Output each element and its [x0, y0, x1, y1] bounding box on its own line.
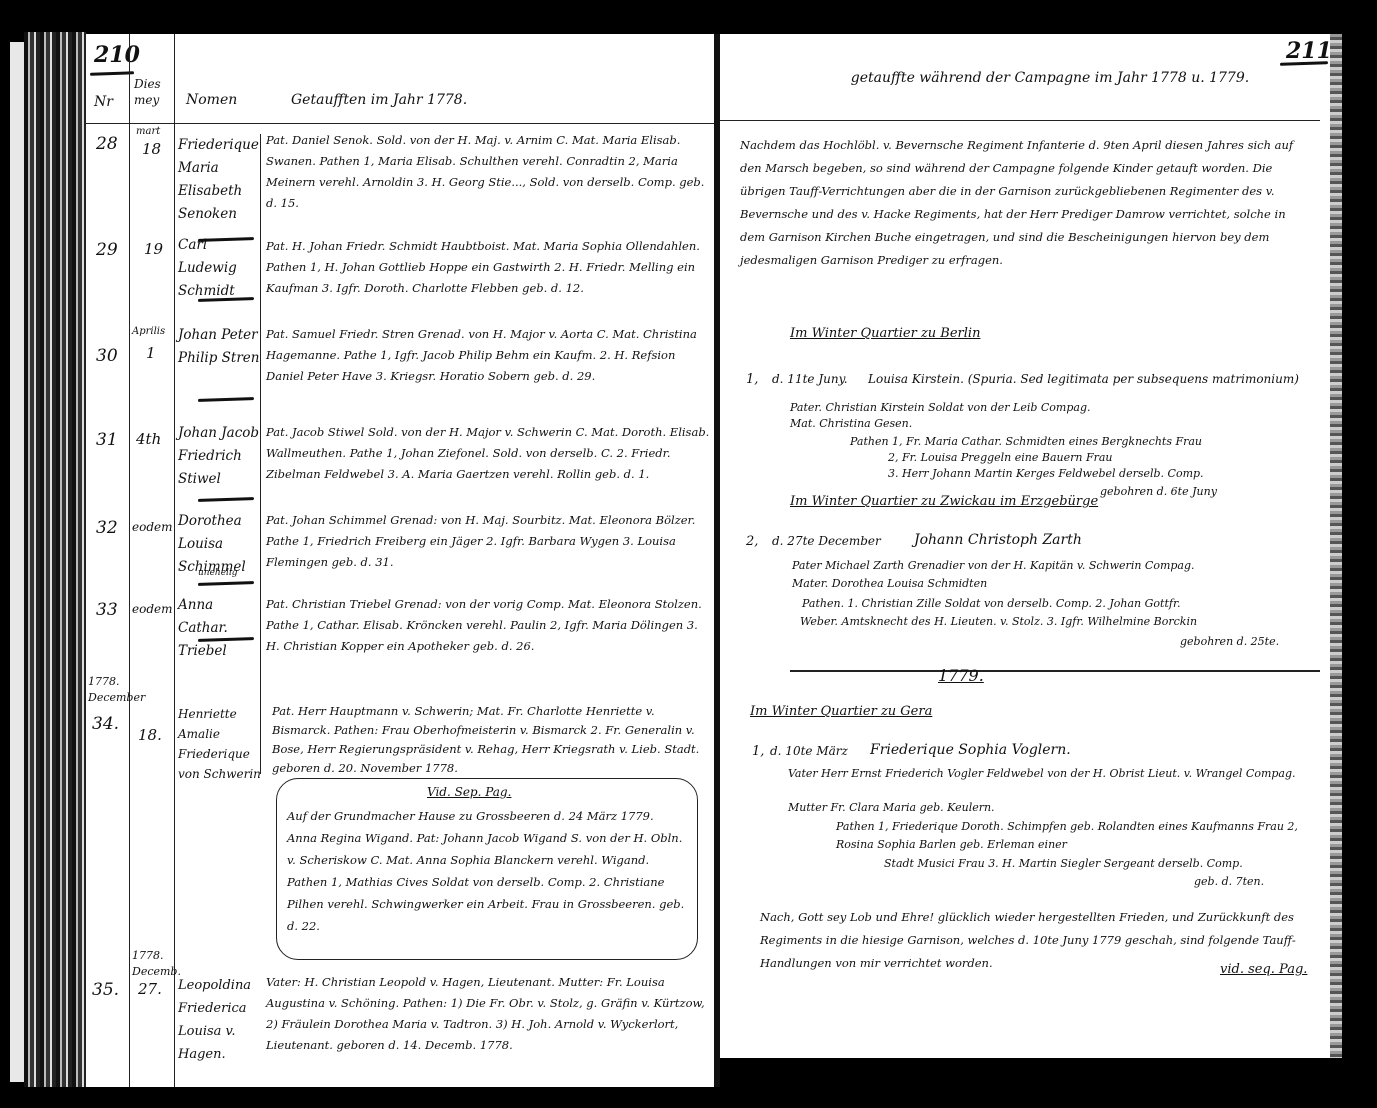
child-name: Friederique Maria Elisabeth Senoken [178, 134, 264, 226]
section-divider [790, 670, 1320, 672]
child-name: Leopoldina Friederica Louisa v. Hagen. [178, 974, 268, 1066]
entry-line: Pathen 1, Fr. Maria Cathar. Schmidten ei… [850, 434, 1202, 450]
entry-line: Mutter Fr. Clara Maria geb. Keulern. [788, 800, 995, 816]
entry-line: Mater. Dorothea Louisa Schmidten [792, 576, 987, 592]
entry-line: Pater. Christian Kirstein Soldat von der… [790, 400, 1091, 416]
entry-number: 1, [752, 744, 764, 759]
entry-month: 1778. December [88, 674, 168, 706]
child-name: Louisa Kirstein. (Spuria. Sed legitimata… [868, 372, 1318, 386]
book-fore-edge [10, 42, 24, 1082]
intro-paragraph: Nachdem das Hochlöbl. v. Bevernsche Regi… [740, 134, 1310, 272]
entry-line: geb. d. 7ten. [1194, 874, 1264, 890]
section-heading: Im Winter Quartier zu Berlin [790, 326, 980, 341]
child-name: Anna Cathar. Triebel [178, 594, 264, 663]
entry-date: d. 11te Juny. [772, 372, 848, 386]
entry-number: 1, [746, 372, 758, 387]
boxed-note-text: Auf der Grundmacher Hause zu Grossbeeren… [287, 805, 685, 937]
page-number-underline [90, 71, 134, 76]
entry-line: gebohren d. 25te. [1180, 634, 1279, 650]
entry-number: 30 [96, 346, 118, 366]
entry-text: Pat. Christian Triebel Grenad: von der v… [266, 594, 714, 657]
child-name: Henriette Amalie Friederique von Schweri… [178, 704, 268, 784]
entry-date: d. 27te December [772, 534, 881, 548]
entry-date: d. 10te März [770, 744, 848, 758]
entry-line: gebohren d. 6te Juny [1100, 484, 1217, 500]
child-name: Johan Peter Philip Stren [178, 324, 264, 370]
entry-day: eodem [132, 602, 173, 616]
entry-line: 2, Fr. Louisa Preggeln eine Bauern Frau [888, 450, 1113, 466]
entry-underline [198, 397, 254, 402]
column-heading-number: Nr [94, 94, 113, 110]
entry-day: 1 [146, 344, 156, 362]
entry-line: Weber. Amtsknecht des H. Lieuten. v. Sto… [800, 614, 1197, 630]
entry-month: Aprilis [132, 326, 165, 337]
entry-text: Pat. H. Johan Friedr. Schmidt Haubtboist… [266, 236, 714, 299]
entry-number: 32 [96, 518, 118, 538]
entry-number: 35. [92, 980, 119, 1000]
entry-text: Vater: H. Christian Leopold v. Hagen, Li… [266, 972, 706, 1056]
section-heading: Im Winter Quartier zu Zwickau im Erzgebü… [790, 494, 1098, 509]
entry-number: 29 [96, 240, 118, 260]
year-heading: 1779. [938, 666, 984, 685]
entry-number: 34. [92, 714, 119, 734]
entry-day: 19 [144, 240, 163, 258]
child-name: Friederique Sophia Voglern. [870, 742, 1071, 758]
header-rule [86, 123, 716, 124]
column-rule [129, 34, 130, 1087]
entry-line: Mat. Christina Gesen. [790, 416, 912, 432]
entry-underline [198, 581, 254, 586]
page-number-left: 210 [94, 42, 140, 68]
entry-text: Pat. Samuel Friedr. Stren Grenad. von H.… [266, 324, 714, 387]
entry-number: 2, [746, 534, 758, 549]
child-name: Johann Christoph Zarth [914, 532, 1082, 548]
entry-day: eodem [132, 520, 173, 534]
column-heading-date: Dies mey [134, 76, 170, 108]
entry-number: 28 [96, 134, 118, 154]
right-page: 211 getauffte während der Campagne im Ja… [720, 34, 1337, 1058]
entry-number: 31 [96, 430, 118, 450]
entry-number: 33 [96, 600, 118, 620]
entry-text: Pat. Herr Hauptmann v. Schwerin; Mat. Fr… [272, 702, 706, 778]
entry-text: Pat. Jacob Stiwel Sold. von der H. Major… [266, 422, 714, 485]
page-heading-right: getauffte während der Campagne im Jahr 1… [800, 66, 1300, 90]
entry-day: 27. [138, 980, 162, 998]
left-page: 210 Nr Dies mey Nomen Getaufften im Jahr… [86, 34, 716, 1087]
column-heading-name: Nomen [186, 92, 237, 108]
illegitimate-note: unehelig [198, 568, 238, 578]
entry-text: Pat. Johan Schimmel Grenad: von H. Maj. … [266, 510, 714, 573]
section-heading: Im Winter Quartier zu Gera [750, 704, 932, 719]
entry-text: Pat. Daniel Senok. Sold. von der H. Maj.… [266, 130, 714, 214]
child-name: Carl Ludewig Schmidt [178, 234, 264, 303]
entry-line: Vater Herr Ernst Friederich Vogler Feldw… [788, 766, 1318, 782]
entry-day: 4th [136, 430, 161, 448]
entry-day: 18. [138, 726, 162, 744]
closing-reference: vid. seq. Pag. [1220, 962, 1307, 977]
entry-line: Stadt Musici Frau 3. H. Martin Siegler S… [884, 856, 1243, 872]
child-name: Johan Jacob Friedrich Stiwel [178, 422, 264, 491]
right-page-edge [1330, 34, 1342, 1058]
boxed-note: Vid. Sep. Pag. Auf der Grundmacher Hause… [276, 778, 698, 960]
entry-day: 18 [142, 140, 161, 158]
entry-underline [198, 497, 254, 502]
entry-line: Pathen 1, Friederique Doroth. Schimpfen … [836, 818, 1320, 854]
entry-line: Pathen. 1. Christian Zille Soldat von de… [802, 596, 1181, 612]
page-stack-edge [24, 32, 86, 1087]
header-rule [720, 120, 1320, 121]
entry-month: mart [136, 126, 160, 137]
column-rule [174, 34, 175, 1087]
entry-line: Pater Michael Zarth Grenadier von der H.… [792, 558, 1195, 574]
entry-line: 3. Herr Johann Martin Kerges Feldwebel d… [888, 466, 1204, 482]
scanned-book-spread: 210 Nr Dies mey Nomen Getaufften im Jahr… [0, 0, 1377, 1108]
entry-month: 1778. Decemb. [132, 948, 172, 980]
page-heading-left: Getaufften im Jahr 1778. [291, 92, 467, 108]
boxed-note-heading: Vid. Sep. Pag. [427, 785, 511, 799]
page-number-right: 211 [1286, 38, 1332, 64]
